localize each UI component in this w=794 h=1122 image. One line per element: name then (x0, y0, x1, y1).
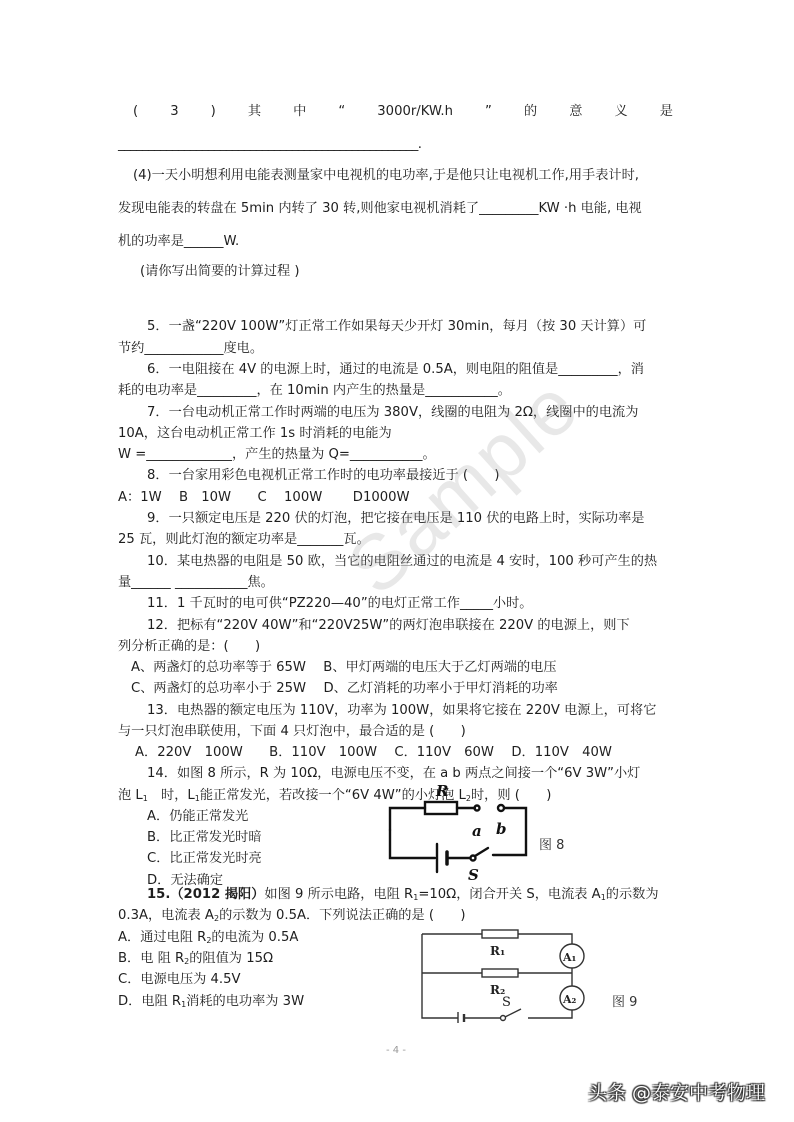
q3-token: 3000r/KW.h (377, 103, 453, 121)
ammeter-a2: A₂ (562, 993, 577, 1006)
q12-line-1: 12．把标有“220V 40W”和“220V25W”的两灯泡串联接在 220V … (147, 617, 630, 635)
q13-line-2: 与一只灯泡串联使用，下面 4 只灯泡中，最合适的是 ( ) (118, 723, 466, 741)
q4-line-1: (4)一天小明想利用电能表测量家中电视机的电功率,于是他只让电视机工作,用手表计… (133, 167, 639, 185)
q7-line-3: W =_____________，产生的热量为 Q=___________。 (118, 446, 436, 464)
label-r: R (435, 782, 448, 800)
q7-line-2: 10A，这台电动机正常工作 1s 时消耗的电能为 (118, 425, 392, 443)
q15-option-c: C．电源电压为 4.5V (118, 971, 241, 989)
q14-text: 泡 L (118, 788, 143, 803)
q15-text: 的电流为 0.5A (211, 930, 298, 945)
page-number: - 4 - (386, 1045, 406, 1056)
label-a: a (472, 822, 482, 840)
q15-line-1: 15.（2012 揭阳）如图 9 所示电路，电阻 R1=10Ω，闭合开关 S，电… (147, 886, 659, 907)
q3-token: 其 (248, 103, 261, 121)
q15-text: =10Ω，闭合开关 S，电流表 A (418, 887, 600, 902)
figure-8-label: 图 8 (539, 834, 564, 853)
q5-line-1: 5．一盏“220V 100W”灯正常工作如果每天少开灯 30min，每月（按 3… (147, 318, 646, 336)
q4-line-2: 发现电能表的转盘在 5min 内转了 30 转,则他家电视机消耗了_______… (118, 200, 642, 218)
ammeter-a1: A₁ (562, 951, 577, 964)
figure-8-circuit: R a b S (380, 778, 540, 883)
q12-line-2: 列分析正确的是：( ) (118, 638, 260, 656)
q14-option-b: B．比正常发光时暗 (147, 829, 262, 847)
q5-line-2: 节约____________度电。 (118, 340, 263, 358)
q3-token: ” (485, 103, 492, 121)
q3-answer-blank: ________________________________________… (118, 136, 421, 154)
q13-line-1: 13．电热器的额定电压为 110V，功率为 100W，如果将它接在 220V 电… (147, 702, 656, 720)
q10-line-2: 量______ ___________焦。 (118, 574, 274, 592)
q3-token: 是 (660, 103, 673, 121)
q13-options: A．220V 100W B．110V 100W C．110V 60W D．110… (135, 744, 612, 762)
q15-text: B．电 阻 R (118, 951, 184, 966)
q3-token: ) (211, 103, 216, 121)
brand-watermark: 头条 @泰安中考物理 (588, 1078, 765, 1105)
label-b: b (496, 820, 507, 838)
q3-line: ( 3 ) 其 中 “ 3000r/KW.h ” 的 意 义 是 (133, 103, 673, 121)
q15-text: 的阻值为 15Ω (189, 951, 273, 966)
q15-text: 如图 9 所示电路，电阻 R (264, 887, 413, 902)
q3-token: 意 (569, 103, 582, 121)
q12-options-cd: C、两盏灯的总功率小于 25W D、乙灯消耗的功率小于甲灯消耗的功率 (131, 680, 558, 698)
label-s: S (468, 866, 479, 883)
q14-option-c: C．比正常发光时亮 (147, 850, 262, 868)
q3-token: 中 (293, 103, 306, 121)
q6-line-1: 6．一电阻接在 4V 的电源上时，通过的电流是 0.5A，则电阻的阻值是____… (147, 361, 644, 379)
q14-option-a: A．仍能正常发光 (147, 808, 248, 826)
q11-line-1: 11．1 千瓦时的电可供“PZ220—40”的电灯正常工作_____小时。 (147, 595, 533, 613)
q15-option-a: A．通过电阻 R2的电流为 0.5A (118, 929, 298, 950)
figure-9-circuit: R₁ R₂ A₁ A₂ S (418, 928, 588, 1023)
q15-text: D．电阻 R (118, 994, 181, 1009)
q3-token: ( (133, 103, 138, 121)
label-r1: R₁ (490, 944, 505, 958)
q14-text: 时，L (148, 788, 195, 803)
q15-line-2: 0.3A，电流表 A2的示数为 0.5A．下列说法正确的是 ( ) (118, 907, 466, 928)
q15-source: 15.（2012 揭阳） (147, 887, 264, 902)
q8-options: A：1W B 10W C 100W D1000W (118, 489, 410, 507)
q3-token: 义 (614, 103, 627, 121)
figure-9-label: 图 9 (612, 991, 637, 1010)
q15-text: A．通过电阻 R (118, 930, 206, 945)
q4-line-3: 机的功率是______W. (118, 233, 239, 251)
q15-text: 0.3A，电流表 A (118, 908, 214, 923)
q3-token: 的 (524, 103, 537, 121)
q15-text: 的示数为 0.5A．下列说法正确的是 ( ) (219, 908, 465, 923)
q6-line-2: 耗的电功率是_________，在 10min 内产生的热量是_________… (118, 382, 511, 400)
q4-line-4: (请你写出简要的计算过程 ) (140, 263, 300, 281)
q15-option-d: D．电阻 R1消耗的电功率为 3W (118, 993, 304, 1014)
q3-token: 3 (170, 103, 178, 121)
label-s: S (502, 995, 511, 1010)
q15-text: 的示数为 (606, 887, 659, 902)
q12-options-ab: A、两盏灯的总功率等于 65W B、甲灯两端的电压大于乙灯两端的电压 (131, 659, 557, 677)
q3-token: “ (338, 103, 345, 121)
q15-option-b: B．电 阻 R2的阻值为 15Ω (118, 950, 273, 971)
q15-text: 消耗的电功率为 3W (186, 994, 304, 1009)
